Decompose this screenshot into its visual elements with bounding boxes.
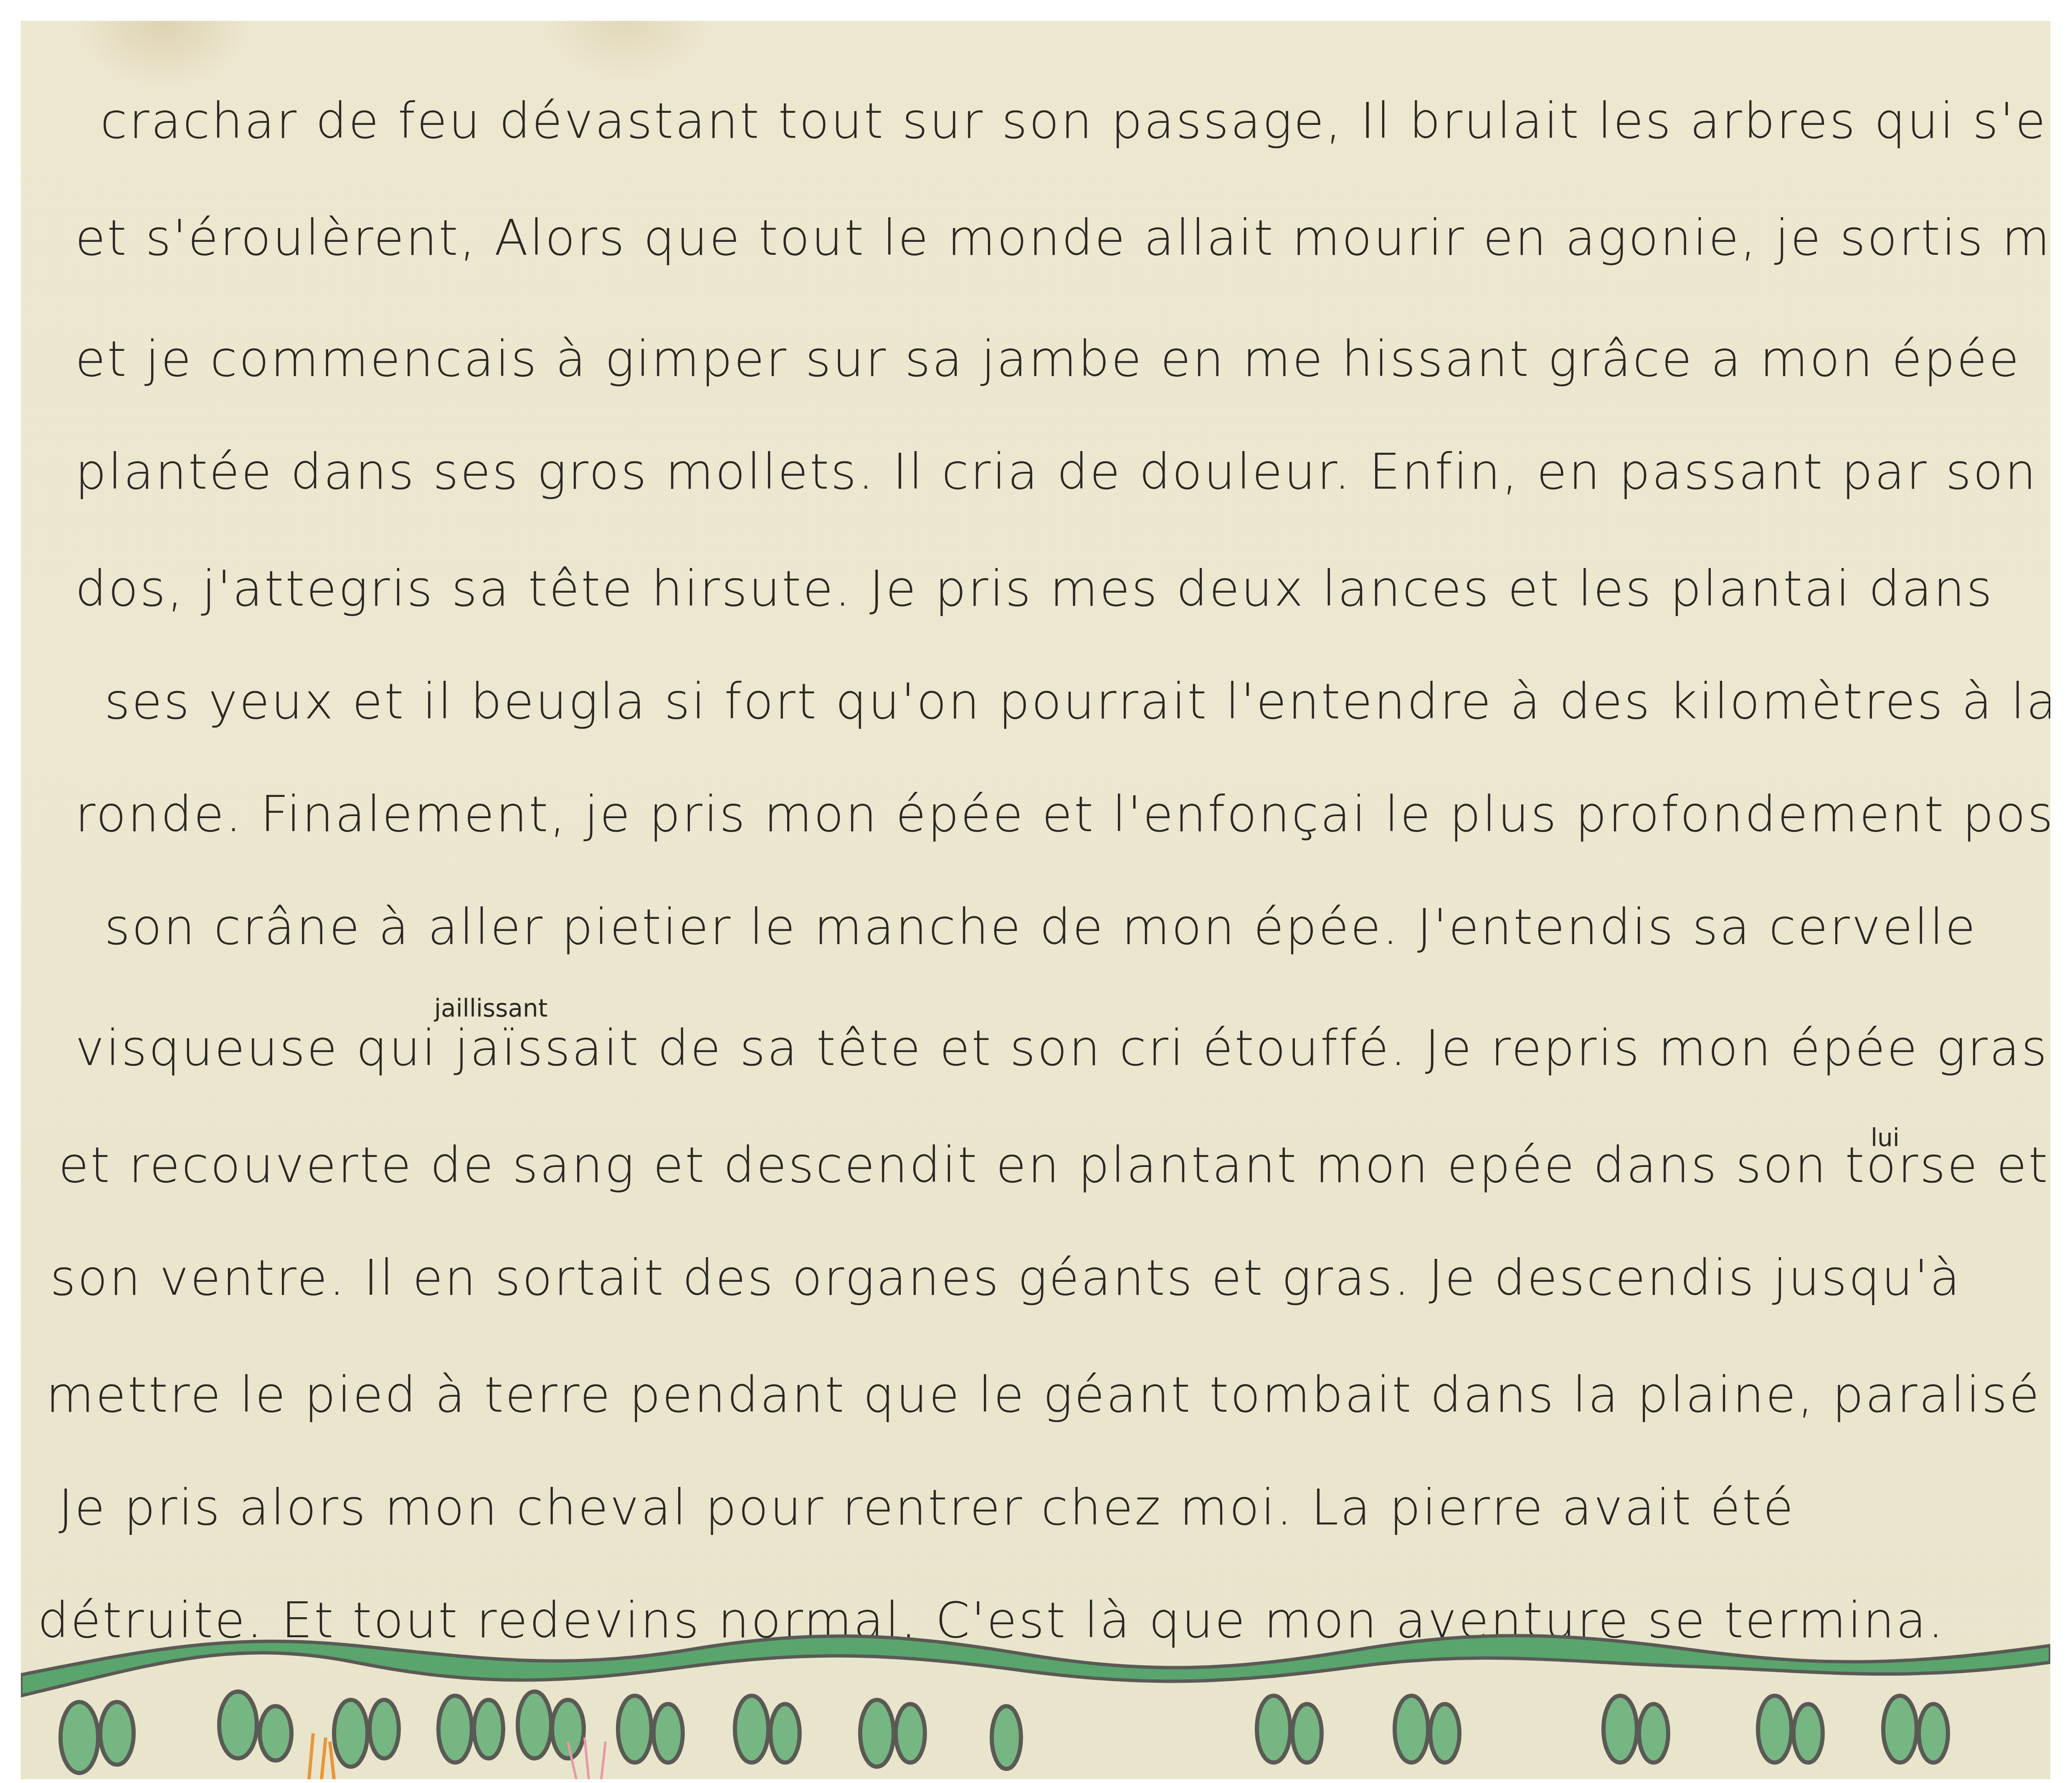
text-line: son crâne à aller pietier le manche de m… [104,898,1977,956]
text-line: et s'éroulèrent, Alors que tout le monde… [75,209,2050,266]
text-line: ses yeux et il beugla si fort qu'on pour… [104,672,2050,730]
text-line: plantée dans ses gros mollets. Il cria d… [75,443,2038,500]
text-line: ronde. Finalement, je pris mon épée et l… [75,785,2050,843]
decorative-vine-border [21,1608,2050,1779]
water-stain [75,21,251,88]
text-line: dos, j'attegris sa tête hirsute. Je pris… [75,560,1994,617]
text-line: Je pris alors mon cheval pour rentrer ch… [58,1479,1795,1536]
text-line: son ventre. Il en sortait des organes gé… [50,1249,1961,1306]
text-line: mettre le pied à terre pendant que le gé… [46,1366,2041,1423]
text-line: et recouverte de sang et descendit en pl… [58,1136,2050,1194]
text-line: crachar de feu dévastant tout sur son pa… [100,92,2050,150]
text-line: visqueuse qui jaïssait de sa tête et son… [75,1019,2050,1077]
interlinear-insertion: jaillissant [434,994,548,1022]
text-line: et je commencais à gimper sur sa jambe e… [75,330,2021,388]
paper-page: crachar de feu dévastant tout sur son pa… [21,21,2050,1779]
water-stain [543,21,710,79]
